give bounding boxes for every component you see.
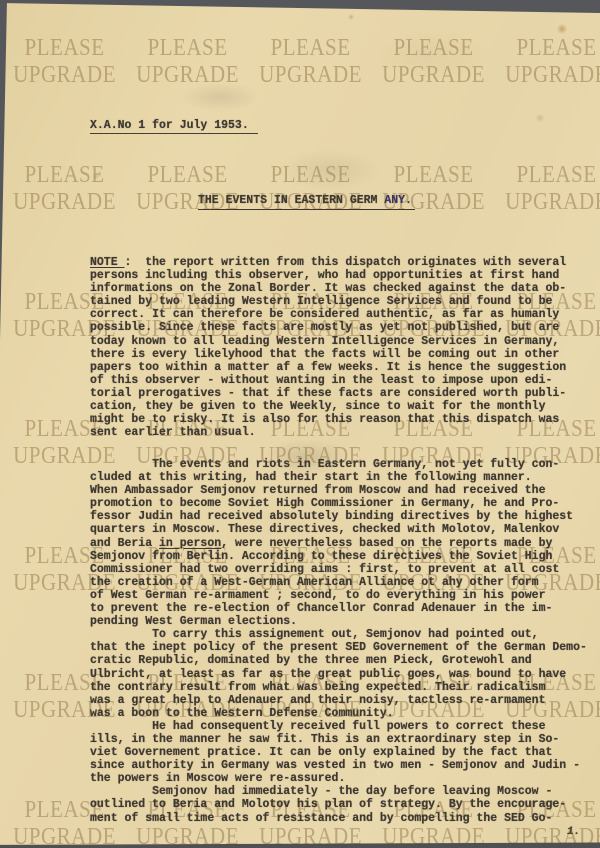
text-line: quarters in Moscow. These directives, ch… (90, 523, 587, 536)
text-segment: THE EVENTS IN EASTERN GERM (198, 194, 384, 207)
text-segment: To carry this assignement out, Semjonov … (90, 628, 539, 641)
text-segment: promotion to become Soviet High Commissi… (90, 497, 559, 510)
text-segment: today known to all leading Western Intel… (90, 335, 559, 348)
paper-sheet: PLEASEUPGRADEPLEASEUPGRADEPLEASEUPGRADEP… (0, 0, 600, 848)
text-segment: that the inept policy of the present SED… (90, 641, 587, 654)
text-line: correct. It can therefore be considered … (90, 308, 566, 321)
text-line: informations on the Zonal Border. It was… (90, 282, 566, 295)
text-segment: When Ambassador Semjonov returned from M… (90, 484, 545, 497)
text-segment: outlined to Beria and Molotov his plan o… (90, 798, 566, 811)
text-segment: NOTE (90, 256, 125, 269)
text-line: of West German re-armament ; second, to … (90, 589, 587, 602)
text-segment: torial prerogatives - that if these fact… (90, 387, 566, 400)
text-segment: was a great help to Adenauer and their n… (90, 694, 545, 707)
text-segment: of this observer - without wanting in th… (90, 374, 552, 387)
text-segment: was a boon to the Western Defense Commun… (90, 707, 394, 720)
text-segment: ment of small time acts of resistance an… (90, 812, 552, 825)
text-segment: the contrary result from what was being … (90, 681, 545, 694)
text-segment: The events and riots in Eastern Germany,… (90, 458, 559, 471)
document-content: X.A.No 1 for July 1953. THE EVENTS IN EA… (0, 0, 600, 848)
text-segment: tained by two leading Western Intelligen… (90, 295, 552, 308)
text-segment: ANY. (384, 194, 412, 207)
text-line: He had consequently received full powers… (90, 720, 587, 733)
text-segment: fessor Judin had received absolutely bin… (90, 510, 573, 523)
text-line: the powers in Moscow were re-assured. (90, 772, 587, 785)
text-segment: Semjonov had immediately - the day befor… (90, 785, 552, 798)
text-line: persons including this observer, who had… (90, 269, 566, 282)
text-line: Ulbricht, at least as far as the great p… (90, 668, 587, 681)
text-segment: since authority in Germany was vested in… (90, 759, 580, 772)
text-line: promotion to become Soviet High Commissi… (90, 497, 587, 510)
text-line: to prevent the re-election of Chancellor… (90, 602, 587, 615)
text-line: papers too within a matter af a few week… (90, 361, 566, 374)
reference-number: X.A.No 1 for July 1953. (90, 119, 258, 134)
text-line: The events and riots in Eastern Germany,… (90, 458, 587, 471)
text-segment: viet Governement pratice. It can be only… (90, 746, 552, 759)
text-segment: Semjonov from Berlin. According to these… (90, 550, 552, 563)
text-line: today known to all leading Western Intel… (90, 335, 566, 348)
reference-number-text: X.A.No 1 for July 1953. (90, 119, 258, 134)
text-line: cluded at this writing, had their start … (90, 471, 587, 484)
text-line: that the inept policy of the present SED… (90, 641, 587, 654)
text-segment: and Beria (90, 537, 159, 550)
text-line: ills, in the manner he saw fit. This is … (90, 733, 587, 746)
text-segment: He had consequently received full powers… (90, 720, 545, 733)
text-line: torial prerogatives - that if these fact… (90, 387, 566, 400)
text-line: and Beria in person, were nevertheless b… (90, 537, 587, 550)
text-segment: papers too within a matter af a few week… (90, 361, 566, 374)
text-line: there is every likelyhood that the facts… (90, 348, 566, 361)
text-line: Commissioner had two overriding aims : f… (90, 563, 587, 576)
body-paragraphs: The events and riots in Eastern Germany,… (90, 458, 587, 825)
text-segment: , were nevertheless based on the reports… (221, 537, 552, 550)
text-segment: quarters in Moscow. These directives, ch… (90, 523, 559, 536)
text-segment: to prevent the re-election of Chancellor… (90, 602, 552, 615)
text-segment: the powers in Moscow were re-assured. (90, 772, 345, 785)
text-segment: there is every likelyhood that the facts… (90, 348, 559, 361)
text-line: might be to risky. It is also for this r… (90, 413, 566, 426)
text-segment: cratic Republic, dominated by the three … (90, 654, 532, 667)
text-segment: sent earlier than usual. (90, 426, 256, 439)
text-line: pending West German elections. (90, 615, 587, 628)
text-line: cratic Republic, dominated by the three … (90, 654, 587, 667)
text-segment: the creation of a West-German American A… (90, 576, 539, 589)
note-paragraph: NOTE : the report written from this disp… (90, 256, 566, 439)
text-line: the contrary result from what was being … (90, 681, 587, 694)
text-line: was a boon to the Western Defense Commun… (90, 707, 587, 720)
text-segment: of West German re-armament ; second, to … (90, 589, 545, 602)
text-line: sent earlier than usual. (90, 426, 566, 439)
text-line: When Ambassador Semjonov returned from M… (90, 484, 587, 497)
text-line: To carry this assignement out, Semjonov … (90, 628, 587, 641)
text-line: Semjonov had immediately - the day befor… (90, 785, 587, 798)
text-line: possible. Since these facts are mostly a… (90, 321, 566, 334)
text-line: fessor Judin had received absolutely bin… (90, 510, 587, 523)
text-line: Semjonov from Berlin. According to these… (90, 550, 587, 563)
text-segment: persons including this observer, who had… (90, 269, 559, 282)
text-line: ment of small time acts of resistance an… (90, 812, 587, 825)
text-line: the creation of a West-German American A… (90, 576, 587, 589)
text-line: outlined to Beria and Molotov his plan o… (90, 798, 587, 811)
page-number: 1. (567, 826, 580, 839)
text-line: of this observer - without wanting in th… (90, 374, 566, 387)
text-line: since authority in Germany was vested in… (90, 759, 587, 772)
text-line: cation, they be given to the Weekly, sin… (90, 400, 566, 413)
text-segment: correct. It can therefore be considered … (90, 308, 559, 321)
text-segment: in person (159, 537, 221, 550)
text-segment: might be to risky. It is also for this r… (90, 413, 559, 426)
text-segment: informations on the Zonal Border. It was… (90, 282, 566, 295)
text-segment: Commissioner had two overriding aims : f… (90, 563, 559, 576)
text-segment: cluded at this writing, had their start … (90, 471, 532, 484)
scanned-document-screenshot: { "colors": { "scanner_background": "#57… (0, 0, 600, 848)
text-segment: cation, they be given to the Weekly, sin… (90, 400, 545, 413)
text-segment: : the report written from this dispatch … (125, 256, 567, 269)
text-line: viet Governement pratice. It can be only… (90, 746, 587, 759)
text-line: NOTE : the report written from this disp… (90, 256, 566, 269)
document-heading-text: THE EVENTS IN EASTERN GERM ANY. (198, 194, 415, 210)
text-segment: Ulbricht, at least as far as the great p… (90, 668, 566, 681)
text-line: was a great help to Adenauer and their n… (90, 694, 587, 707)
text-segment: pending West German elections. (90, 615, 297, 628)
document-heading: THE EVENTS IN EASTERN GERM ANY. (198, 194, 415, 210)
text-segment: possible. Since these facts are mostly a… (90, 321, 559, 334)
text-line: tained by two leading Western Intelligen… (90, 295, 566, 308)
text-segment: ills, in the manner he saw fit. This is … (90, 733, 559, 746)
